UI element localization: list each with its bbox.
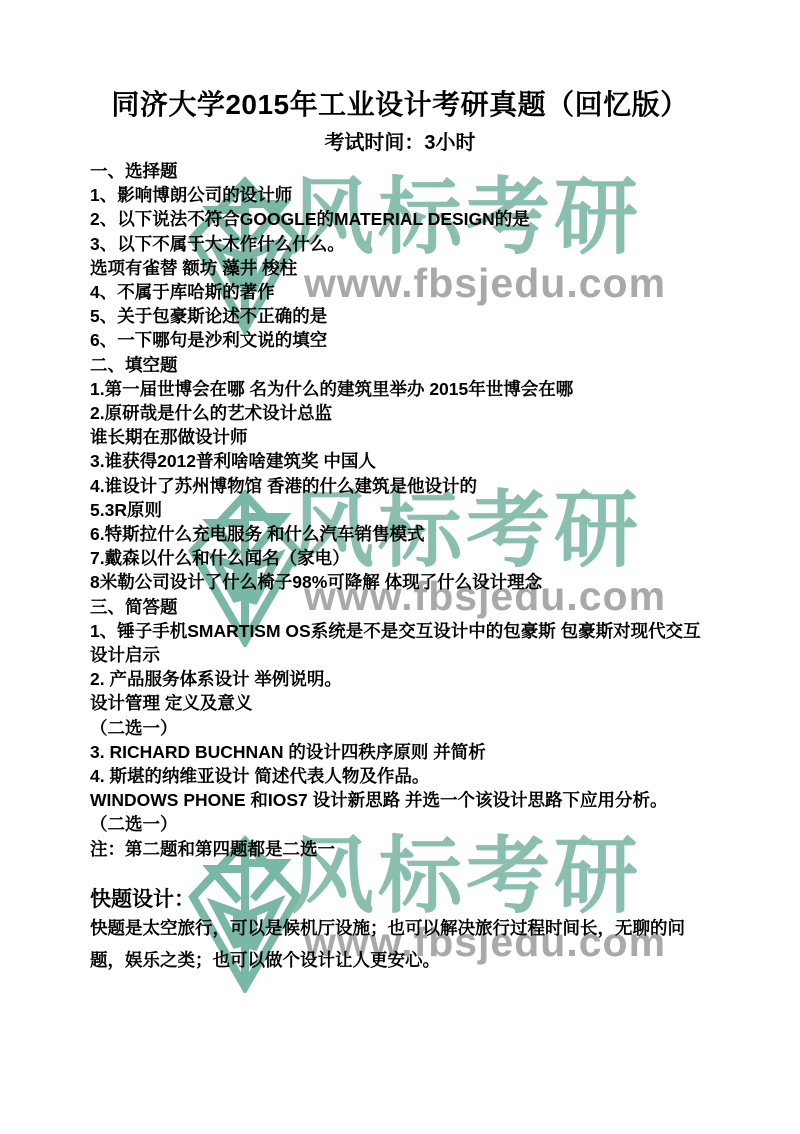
exam-line: 3.谁获得2012普利啥啥建筑奖 中国人	[90, 449, 740, 473]
exam-line: 4.谁设计了苏州博物馆 香港的什么建筑是他设计的	[90, 474, 740, 498]
page-title: 同济大学2015年工业设计考研真题（回忆版）	[0, 83, 800, 123]
quick-design-line: 快题是太空旅行，可以是候机厅设施；也可以解决旅行过程时间长，无聊的问	[90, 912, 740, 944]
exam-time: 考试时间：3小时	[0, 126, 800, 155]
exam-line: （二选一）	[90, 716, 740, 740]
exam-line: 4. 斯堪的纳维亚设计 简述代表人物及作品。	[90, 764, 740, 788]
exam-line: 1.第一届世博会在哪 名为什么的建筑里举办 2015年世博会在哪	[90, 377, 740, 401]
exam-body: 一、选择题 1、影响博朗公司的设计师 2、以下说法不符合GOOGLE的MATER…	[90, 159, 740, 861]
exam-line: 设计启示	[90, 643, 740, 667]
exam-line: 5、关于包豪斯论述不正确的是	[90, 304, 740, 328]
quick-design-paragraph: 快题是太空旅行，可以是候机厅设施；也可以解决旅行过程时间长，无聊的问 题，娱乐之…	[90, 912, 740, 976]
exam-line: （二选一）	[90, 812, 740, 836]
exam-line: 设计管理 定义及意义	[90, 691, 740, 715]
exam-document-page: 风标考研 www.fbsjedu.com 风标考研 www.fbsjedu.co…	[0, 0, 800, 1134]
section-heading-fill-blank: 二、填空题	[90, 353, 740, 377]
exam-line: 1、锤子手机SMARTISM OS系统是不是交互设计中的包豪斯 包豪斯对现代交互	[90, 619, 740, 643]
section-heading-short-answer: 三、简答题	[90, 595, 740, 619]
exam-line: 2.原研哉是什么的艺术设计总监	[90, 401, 740, 425]
document-text-layer: 同济大学2015年工业设计考研真题（回忆版） 考试时间：3小时 一、选择题 1、…	[0, 0, 800, 1134]
section-heading-choice: 一、选择题	[90, 159, 740, 183]
exam-line: 2. 产品服务体系设计 举例说明。	[90, 667, 740, 691]
exam-line: 2、以下说法不符合GOOGLE的MATERIAL DESIGN的是	[90, 207, 740, 231]
exam-line: 3、以下不属于大木作什么什么。	[90, 232, 740, 256]
quick-design-heading: 快题设计：	[90, 883, 195, 913]
exam-line: 选项有雀替 额坊 藻井 梭柱	[90, 256, 740, 280]
quick-design-line: 题，娱乐之类；也可以做个设计让人更安心。	[90, 944, 740, 976]
exam-line: 3. RICHARD BUCHNAN 的设计四秩序原则 并简析	[90, 740, 740, 764]
exam-line: 谁长期在那做设计师	[90, 425, 740, 449]
exam-line: 6.特斯拉什么充电服务 和什么汽车销售模式	[90, 522, 740, 546]
exam-note: 注：第二题和第四题都是二选一	[90, 837, 740, 861]
exam-line: 5.3R原则	[90, 498, 740, 522]
exam-line: 4、不属于库哈斯的著作	[90, 280, 740, 304]
exam-line: 8米勒公司设计了什么椅子98%可降解 体现了什么设计理念	[90, 570, 740, 594]
exam-line: WINDOWS PHONE 和IOS7 设计新思路 并选一个该设计思路下应用分析…	[90, 788, 740, 812]
exam-line: 7.戴森以什么和什么闻名（家电）	[90, 546, 740, 570]
exam-line: 6、一下哪句是沙利文说的填空	[90, 328, 740, 352]
exam-line: 1、影响博朗公司的设计师	[90, 183, 740, 207]
